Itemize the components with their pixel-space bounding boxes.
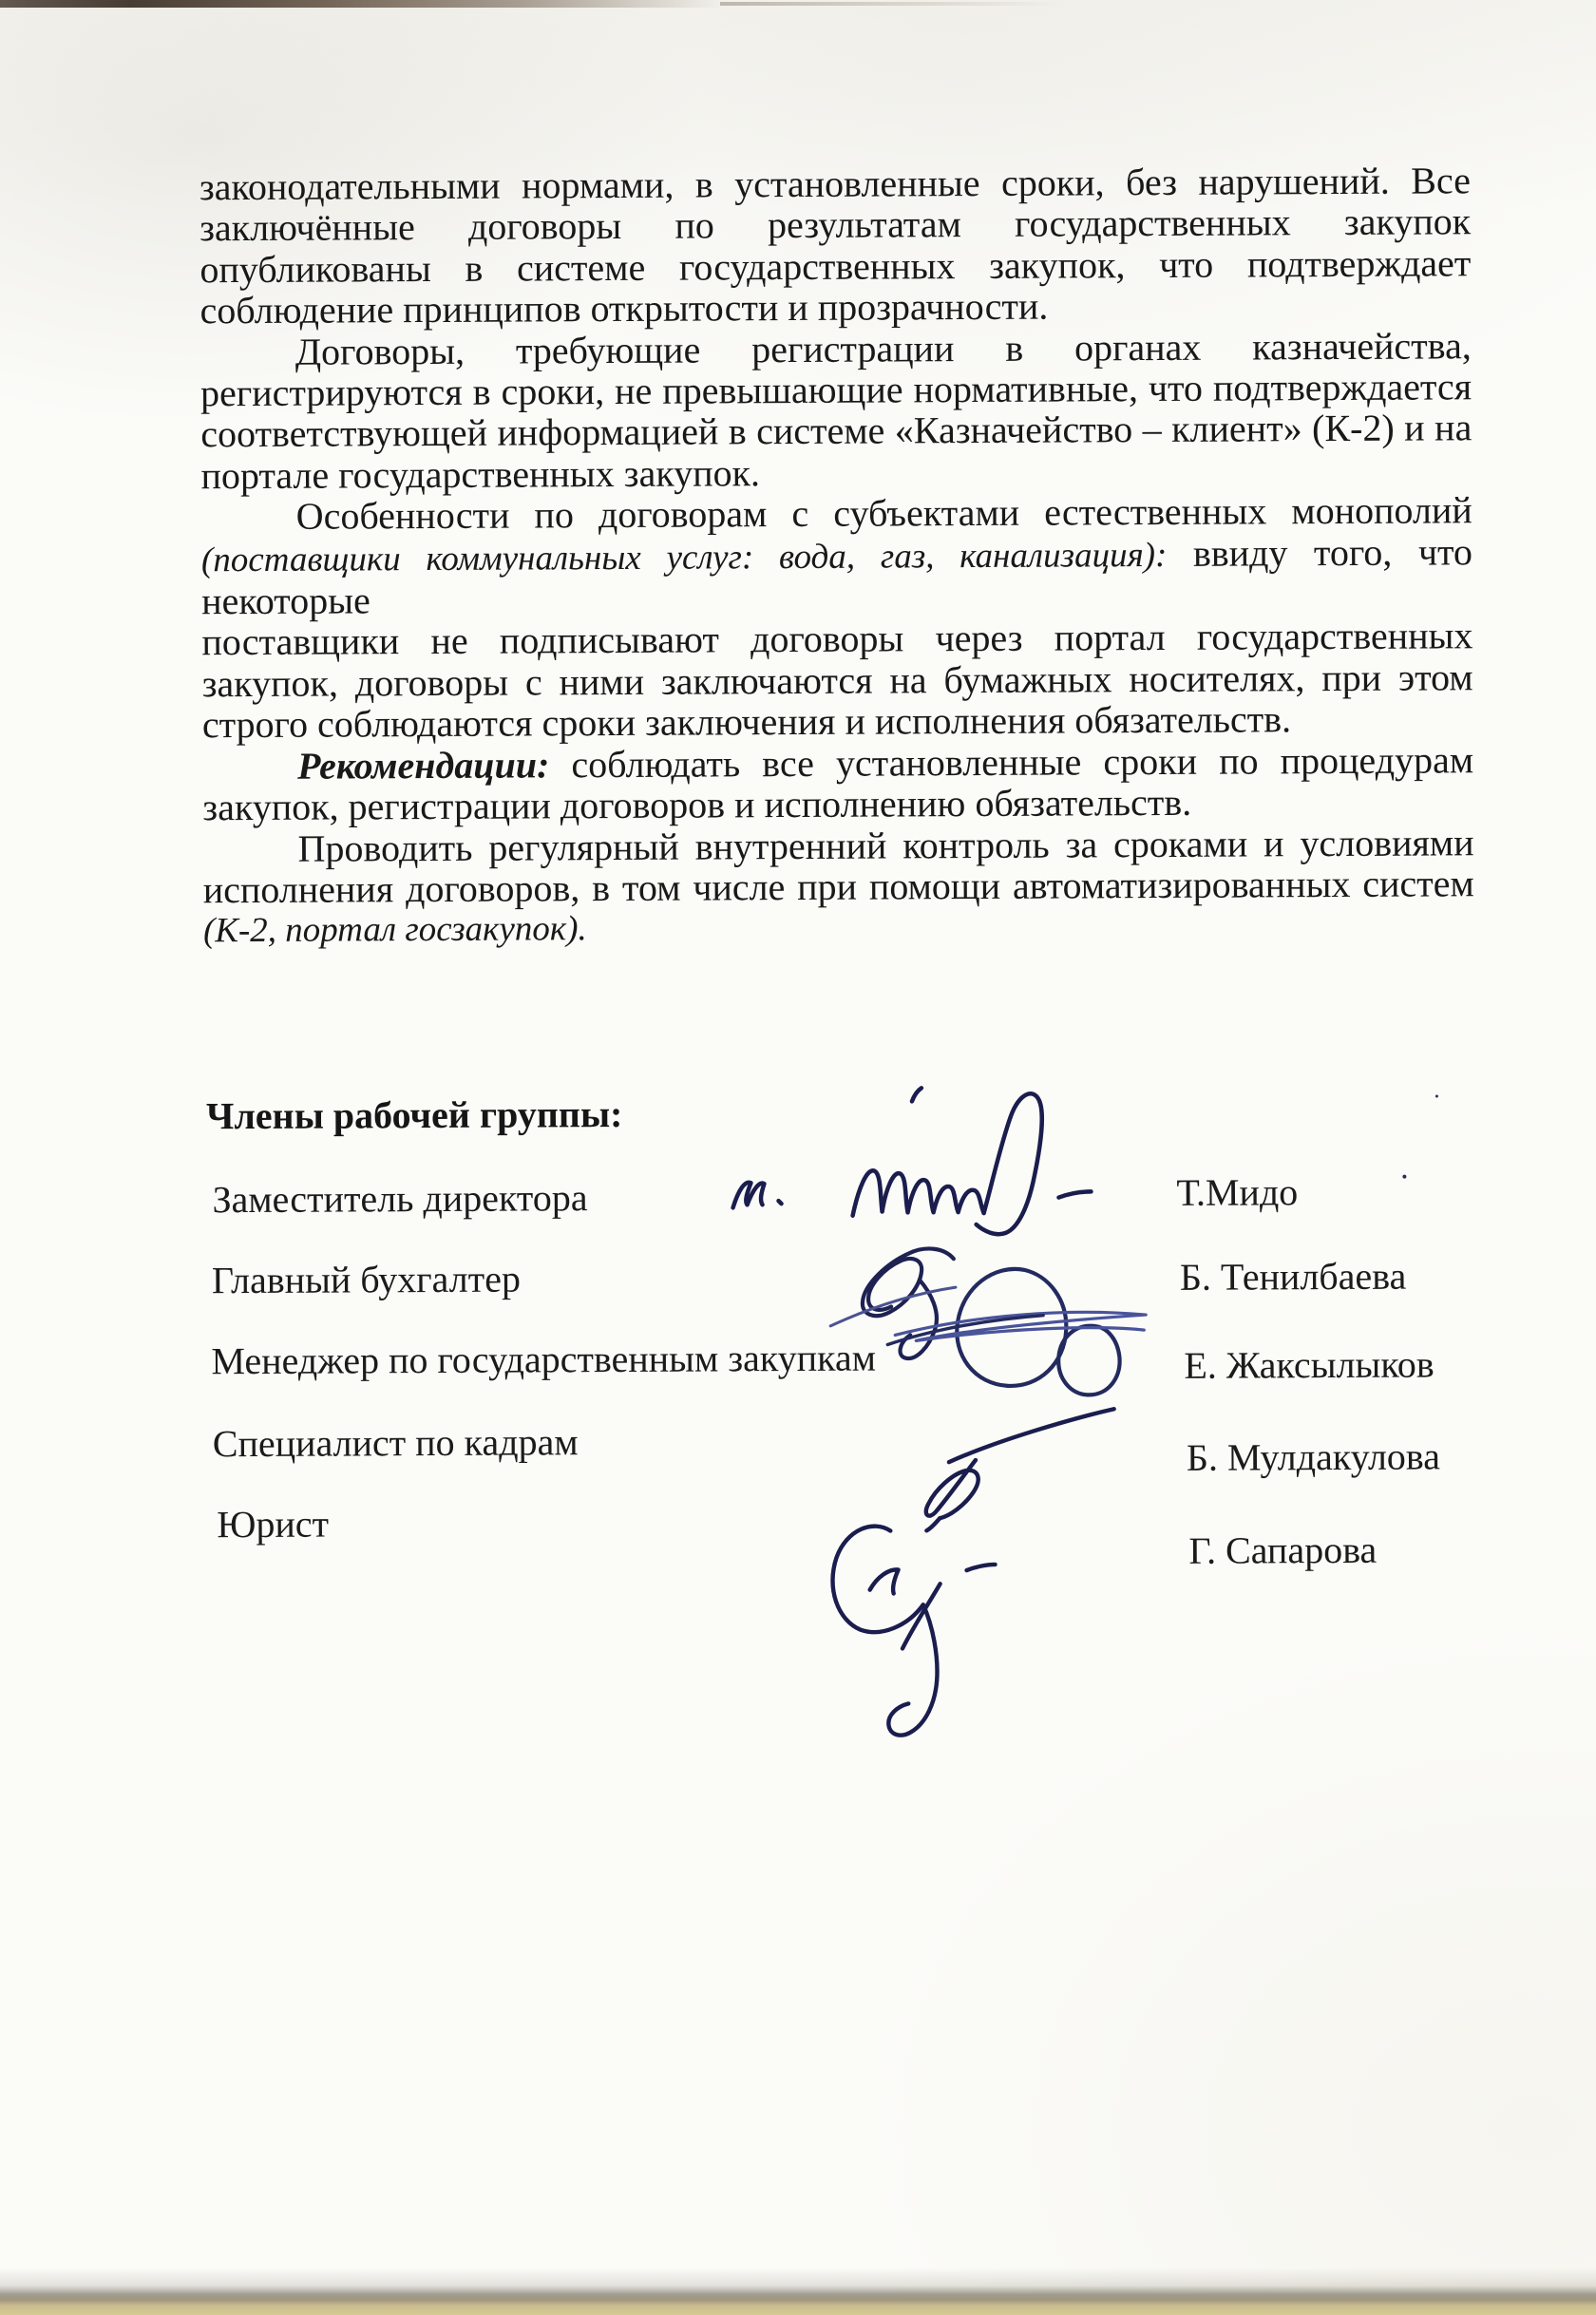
- scan-bottom-edge: [0, 2268, 1596, 2315]
- scanned-content: законодательными нормами, в установленны…: [0, 0, 1596, 2315]
- ink-speck: [1402, 1175, 1406, 1179]
- saparova-signature: [832, 1526, 996, 1736]
- handwritten-signatures: [666, 1062, 1202, 1768]
- signer-role: Заместитель директора: [212, 1179, 587, 1219]
- body-line: Рекомендации: соблюдать все установленны…: [202, 739, 1473, 787]
- body-line: соответствующей информацией в системе «К…: [200, 408, 1472, 455]
- signer-name: Е. Жаксылыков: [1184, 1346, 1434, 1385]
- signer-role: Главный бухгалтер: [212, 1261, 521, 1300]
- body-line: (К-2, портал госзакупок).: [203, 904, 1474, 952]
- document-page: законодательными нормами, в установленны…: [0, 0, 1596, 2315]
- body-line: закупок, регистрации договоров и исполне…: [202, 780, 1473, 827]
- signer-name: Б. Мулдакулова: [1187, 1437, 1440, 1476]
- text-run: соблюдать все установленные сроки по про…: [549, 738, 1473, 786]
- body-line: опубликованы в системе государственных з…: [199, 242, 1471, 290]
- mido-signature: [732, 1087, 1092, 1235]
- muldakulova-signature: [925, 1409, 1114, 1530]
- ink-speck: [1435, 1094, 1438, 1097]
- body-line: (поставщики коммунальных услуг: вода, га…: [201, 531, 1472, 622]
- bold-italic-run: Рекомендации:: [297, 743, 549, 787]
- signer-name: Г. Сапарова: [1188, 1531, 1377, 1570]
- signer-role: Юрист: [217, 1506, 329, 1545]
- signer-name: Б. Тенилбаева: [1180, 1258, 1407, 1297]
- document-body: законодательными нормами, в установленны…: [199, 160, 1474, 952]
- working-group-heading: Члены рабочей группы:: [206, 1095, 623, 1135]
- italic-run: (поставщики коммунальных услуг: вода, га…: [201, 536, 1168, 579]
- signer-role: Специалист по кадрам: [213, 1423, 579, 1463]
- body-line: исполнения договоров, в том числе при по…: [203, 863, 1474, 910]
